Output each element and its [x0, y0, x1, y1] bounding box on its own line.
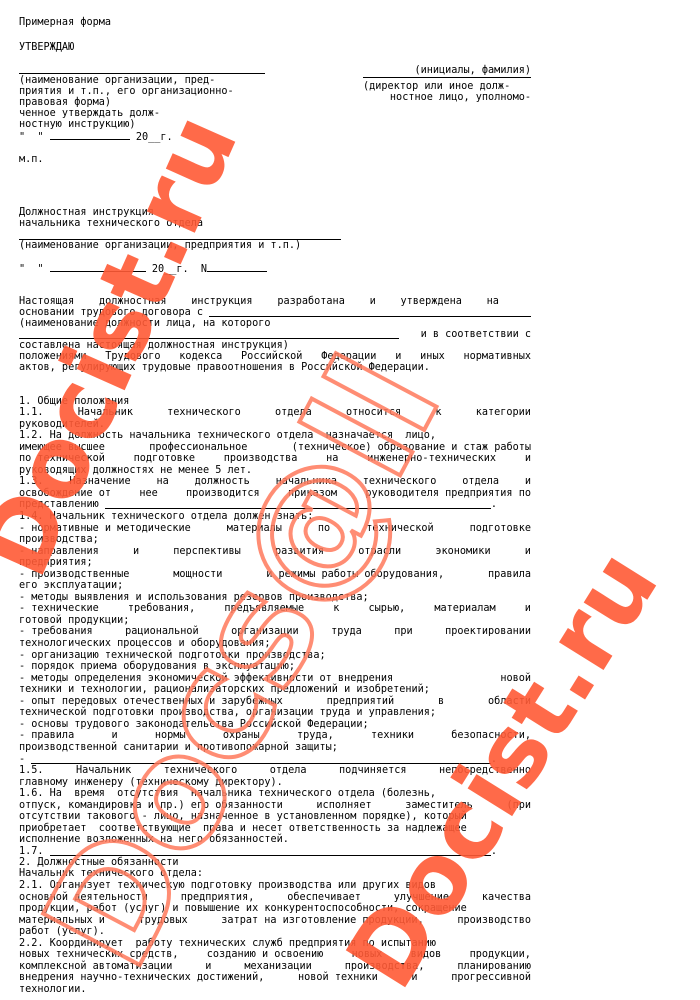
word: должностная	[99, 296, 166, 308]
word: подчиняется	[339, 765, 406, 777]
word: рациональной	[125, 626, 199, 638]
preamble-line-6: положениямиТрудовогокодексаРоссийскойФед…	[19, 351, 531, 363]
text-line: технологии.	[19, 984, 86, 996]
text-line: комплексной автоматизацииимеханизациипро…	[19, 961, 531, 973]
text-line: 2.2. Координирует работу технических слу…	[19, 938, 436, 950]
word: имеющее высшее	[19, 442, 105, 454]
director-caption-2: ностное лицо, уполномо-	[19, 92, 531, 104]
word: подготовке	[134, 453, 195, 465]
word: (техническое) образование и стаж работы	[292, 442, 531, 454]
word: предприятия,	[181, 892, 255, 904]
text-line: - требованиярациональнойорганизациитруда…	[19, 626, 531, 638]
text: представлению	[19, 499, 105, 511]
word: отдела	[270, 765, 307, 777]
word: производства	[224, 453, 298, 465]
word: на	[157, 476, 169, 488]
word: обеспечивает	[287, 892, 361, 904]
text-line: - .	[19, 754, 497, 766]
word: сырью,	[368, 603, 405, 615]
section-2-heading: 2. Должностные обязанности	[19, 857, 178, 869]
word: охраны	[223, 730, 260, 742]
word: видов	[411, 949, 442, 961]
word: и	[525, 453, 531, 465]
word: технической	[366, 523, 433, 535]
word: прогрессивной	[451, 972, 531, 984]
word: перспективы	[173, 546, 240, 558]
approval-date-line: " " 20__г.	[19, 130, 173, 144]
text: -	[19, 754, 31, 766]
word: приказом	[288, 488, 337, 500]
word: профессиональное	[149, 442, 247, 454]
word: Российской	[241, 351, 302, 363]
word: Начальник	[78, 407, 133, 419]
text-line: - основы трудового законодательства Росс…	[19, 719, 369, 731]
text-line: 1.3.Назначениенадолжностьначальникатехни…	[19, 476, 531, 488]
word: отрасли	[358, 546, 401, 558]
word: экономики	[435, 546, 490, 558]
org-name-field-2	[19, 230, 341, 240]
word: Назначение	[69, 476, 130, 488]
text-line: внедрения научно-технических достижений,…	[19, 972, 531, 984]
text: .	[491, 499, 497, 511]
word: предъявляемые	[224, 603, 304, 615]
preamble-line-1: Настоящаядолжностнаяинструкцияразработан…	[19, 296, 499, 308]
text-line: отпуск, командировка и пр.) его обязанно…	[19, 800, 531, 812]
preamble-line-5: составлена настоящая должностная инструк…	[19, 340, 289, 352]
text-line: техники и технологии, рационализаторских…	[19, 684, 430, 696]
word: продукции,	[470, 949, 531, 961]
text-line: руководителей.	[19, 419, 105, 431]
word: категории	[476, 407, 531, 419]
org-caption-title: (наименование организации, предприятия и…	[19, 240, 301, 252]
text: и в соответствии с	[421, 329, 531, 341]
word: исполняет	[316, 800, 371, 812]
text-line: материальных итрудовыхзатрат на изготовл…	[19, 915, 531, 927]
preamble-line-7: актов, регулирующих трудовые правоотноше…	[19, 362, 430, 374]
word: должность	[195, 476, 250, 488]
word: - нормативные и методические	[19, 523, 191, 535]
preamble-line-4: и в соответствии с	[19, 329, 531, 341]
text-line: руководящих должностях не менее 5 лет.	[19, 465, 252, 477]
word: основной деятельности	[19, 892, 148, 904]
word: и	[525, 546, 531, 558]
word: безопасности,	[451, 730, 531, 742]
word: утверждена	[401, 296, 462, 308]
text-line: 2.1. Организует техническую подготовку п…	[19, 880, 436, 892]
blank-field	[50, 846, 491, 856]
word: Федерации	[321, 351, 376, 363]
word: созданию и освоению	[207, 949, 324, 961]
section-1-heading: 1. Общие положения	[19, 396, 129, 408]
text-line: - методы определения экономической эффек…	[19, 673, 531, 685]
text-line: приобретает соответствующие права и несе…	[19, 823, 467, 835]
date-year: 20__г.	[136, 132, 173, 143]
initials-caption: (инициалы, фамилия)	[19, 65, 531, 77]
org-caption-5: ностную инструкцию)	[19, 119, 136, 131]
word: механизации	[244, 961, 311, 973]
text-line: - направленияиперспективыразвитияотрасли…	[19, 546, 531, 558]
word: трудовых	[139, 915, 188, 927]
text-line: 1.2. На должность начальника техническог…	[19, 430, 436, 442]
word: новых	[352, 949, 383, 961]
word: технического	[164, 765, 238, 777]
word: улучшение	[394, 892, 449, 904]
word: подготовке	[470, 523, 531, 535]
word: затрат на изготовление продукции,	[221, 915, 423, 927]
word: (при	[506, 800, 531, 812]
section-2-subheading: Начальник технического отдела:	[19, 868, 203, 880]
text-line: - производственныемощностии режимы работ…	[19, 569, 531, 581]
text: .	[491, 846, 497, 858]
word: технического	[363, 476, 437, 488]
text-line: - нормативные и методическиематериалыпот…	[19, 523, 531, 535]
text-line: по техническойподготовкепроизводстванаин…	[19, 453, 531, 465]
word: в	[438, 696, 444, 708]
text-line: продукции, работ (услуг) и повышение их …	[19, 903, 467, 915]
word: материальных и	[19, 915, 105, 927]
approve-label: УТВЕРЖДАЮ	[19, 42, 74, 54]
word: и	[205, 961, 211, 973]
word: новых технических средств,	[19, 949, 178, 961]
position-blank	[19, 329, 399, 339]
text-line: - методы выявления и использования резер…	[19, 592, 369, 604]
document-page: Примерная форма УТВЕРЖДАЮ (наименование …	[19, 0, 539, 510]
word: проектировании	[445, 626, 531, 638]
text-line: 1.5.Начальниктехническогоотделаподчиняет…	[19, 765, 531, 777]
word: освобождение от	[19, 488, 111, 500]
text-line: исполнение возложенных на него обязаннос…	[19, 834, 289, 846]
word: и	[525, 476, 531, 488]
preamble-line-3: (наименование должности лица, на которог…	[19, 318, 270, 330]
word: начальника	[276, 476, 337, 488]
blank-field	[105, 499, 491, 509]
word: 1.5.	[19, 765, 44, 777]
text-line: - организацию технической подготовки про…	[19, 650, 326, 662]
doc-title-2: начальника технического отдела	[19, 218, 203, 230]
word: организации	[231, 626, 298, 638]
word: - производственные	[19, 569, 129, 581]
text-line: представлению .	[19, 499, 497, 511]
word: - правила	[19, 730, 74, 742]
word: непосредственно	[439, 765, 531, 777]
word: руководителя предприятия по	[365, 488, 531, 500]
word: комплексной автоматизации	[19, 961, 172, 973]
word: заместитель	[405, 800, 472, 812]
word: производства,	[345, 961, 425, 973]
text-line: производственной санитарии и противопожа…	[19, 742, 338, 754]
text-line: технической подготовки производства, орг…	[19, 707, 436, 719]
word: инструкция	[191, 296, 252, 308]
text-line: готовой продукции;	[19, 615, 129, 627]
word: внедрения научно-технических достижений,	[19, 972, 264, 984]
word: и	[395, 351, 401, 363]
word: области	[488, 696, 531, 708]
text-line: производства;	[19, 534, 99, 546]
word: мощности	[173, 569, 222, 581]
word: и	[411, 972, 417, 984]
word: и	[525, 603, 531, 615]
word: на	[487, 296, 499, 308]
blank-field	[31, 754, 491, 764]
word: по технической	[19, 453, 105, 465]
word: - опыт передовых отечественных и зарубеж…	[19, 696, 283, 708]
doc-title-1: Должностная инструкция	[19, 207, 154, 219]
text-line: 1.4. Начальник технического отдела долже…	[19, 511, 313, 523]
word: и	[133, 546, 139, 558]
word: материалам	[434, 603, 495, 615]
word: 1.3.	[19, 476, 44, 488]
word: относится	[346, 407, 401, 419]
word: техники	[371, 730, 414, 742]
word: на	[326, 453, 338, 465]
word: правила	[488, 569, 531, 581]
director-field	[363, 77, 531, 78]
word: инженерно-технических	[367, 453, 496, 465]
word: разработана	[277, 296, 344, 308]
date-year: 20__г.	[152, 264, 189, 275]
word: к	[333, 603, 339, 615]
text-line: новых технических средств,созданию и осв…	[19, 949, 531, 961]
word: Трудового	[105, 351, 160, 363]
word: и режимы работы оборудования,	[266, 569, 444, 581]
text-line: основной деятельностипредприятия,обеспеч…	[19, 892, 531, 904]
word: нормы	[155, 730, 186, 742]
text-line: 1.7. .	[19, 846, 497, 858]
word: планированию	[457, 961, 531, 973]
text: .	[491, 754, 497, 766]
word: нормативных	[464, 351, 531, 363]
word: производится	[186, 488, 260, 500]
text-line: предприятия;	[19, 557, 93, 569]
word: 1.1.	[19, 407, 44, 419]
word: по	[318, 523, 330, 535]
word: требования,	[128, 603, 195, 615]
word: Начальник	[76, 765, 131, 777]
word: труда,	[297, 730, 334, 742]
text-line: 1.6. На время отсутствия начальника техн…	[19, 788, 436, 800]
org-caption-4: ченное утверждать долж-	[19, 108, 160, 120]
seal-label: м.п.	[19, 154, 44, 166]
word: труда	[331, 626, 362, 638]
date-blank	[50, 130, 130, 140]
word: материалы	[227, 523, 282, 535]
word: - направления	[19, 546, 99, 558]
text: основании трудового договора с	[19, 307, 203, 319]
text-line: имеющее высшеепрофессиональное(техническ…	[19, 442, 531, 454]
text-line: 1.1.Начальниктехническогоотделаотносится…	[19, 407, 531, 419]
text: 1.7.	[19, 846, 50, 858]
text-line: главному инженеру (техническому директор…	[19, 777, 283, 789]
word: отдела	[275, 407, 312, 419]
text-line: освобождение отнеепроизводитсяприказомру…	[19, 488, 531, 500]
word: - требования	[19, 626, 93, 638]
text-line: работ (услуг).	[19, 926, 105, 938]
word: предприятий	[327, 696, 394, 708]
word: производство	[457, 915, 531, 927]
word: и	[370, 296, 376, 308]
word: новой техники	[298, 972, 378, 984]
text-line: его эксплуатации;	[19, 580, 123, 592]
number-blank	[207, 262, 267, 272]
text-line: - техническиетребования,предъявляемыексы…	[19, 603, 531, 615]
text-line: - порядок приема оборудования в эксплуат…	[19, 661, 295, 673]
word: отдела	[462, 476, 499, 488]
word: нее	[139, 488, 157, 500]
form-label: Примерная форма	[19, 17, 111, 29]
word: новой	[500, 673, 531, 685]
date-blank	[50, 262, 146, 272]
preamble-line-2: основании трудового договора с	[19, 307, 531, 319]
word: Настоящая	[19, 296, 74, 308]
text-line: - опыт передовых отечественных и зарубеж…	[19, 696, 531, 708]
contract-blank	[209, 307, 531, 317]
word: - технические	[19, 603, 99, 615]
word: к	[435, 407, 441, 419]
date-quotes: " "	[19, 264, 44, 275]
org-caption-1: (наименование организации, пред-	[19, 75, 215, 87]
text-line: технологических процессов и оборудования…	[19, 638, 270, 650]
word: при	[394, 626, 412, 638]
text-line: - правилаинормыохранытруда,техникибезопа…	[19, 730, 531, 742]
word: кодекса	[179, 351, 222, 363]
word: технического	[167, 407, 241, 419]
word: - методы определения экономической эффек…	[19, 673, 393, 685]
word: положениями	[19, 351, 86, 363]
word: отпуск, командировка и пр.) его обязанно…	[19, 800, 283, 812]
director-caption-1: (директор или иное долж-	[363, 81, 510, 93]
date-quotes: " "	[19, 132, 44, 143]
word: иных	[420, 351, 445, 363]
word: качества	[482, 892, 531, 904]
doc-date-line: " " 20__г. N	[19, 262, 267, 276]
text-line: отсутствии такового - лицо, назначенное …	[19, 811, 467, 823]
word: развития	[275, 546, 324, 558]
word: и	[111, 730, 117, 742]
